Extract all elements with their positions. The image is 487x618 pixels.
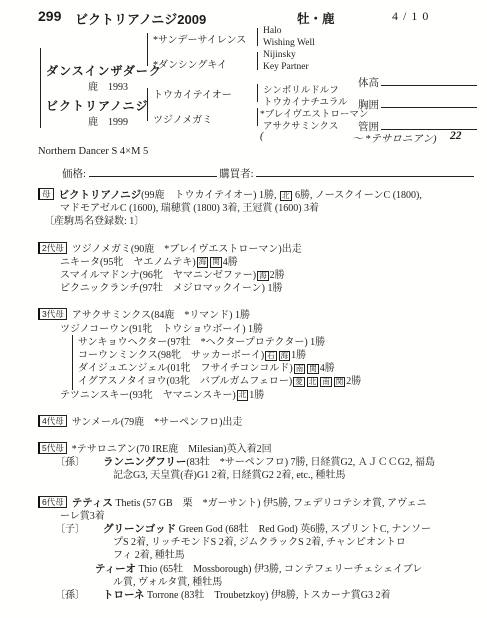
height-blank bbox=[381, 75, 477, 86]
region-box: 北 bbox=[280, 191, 292, 202]
region-box: 関 bbox=[334, 377, 346, 388]
generation-label: 2代母 bbox=[38, 242, 67, 254]
family-line-open: ( bbox=[260, 131, 264, 142]
record-text: (99鹿 トウカイテイオー) 1勝, bbox=[141, 190, 279, 201]
horse-name: ランニングフリー bbox=[103, 456, 186, 468]
record-text: スマイルマドンナ(96牝 ヤマニンゼファー) bbox=[60, 270, 256, 281]
record-line: ニキータ(95牝 ヤエノムテキ)海関4勝 bbox=[38, 256, 483, 269]
region-box: 海 bbox=[279, 351, 291, 362]
record-line: 記念G3, 天皇賞(春)G1 2着, 日経賞G2 2着, etc., 種牡馬 bbox=[38, 469, 483, 482]
record-text: ピクニックランチ(97牡 メジロマックイーン) 1勝 bbox=[60, 283, 282, 294]
record-block: 4代母サンメール(79鹿 *サーペンフロ)出走 bbox=[38, 415, 483, 429]
generation-label: 3代母 bbox=[38, 308, 67, 320]
record-line: 4代母サンメール(79鹿 *サーペンフロ)出走 bbox=[38, 415, 483, 429]
produce-records: 母ビクトリアノニジ(99鹿 トウカイテイオー) 1勝, 北 6勝, ノースクイー… bbox=[38, 188, 483, 602]
sex-coat: 牡・鹿 bbox=[297, 9, 335, 27]
record-text: 2勝 bbox=[270, 270, 285, 281]
record-line: ツジノコーウン(91牝 トウショウボーイ) 1勝 bbox=[38, 323, 483, 336]
record-block: 母ビクトリアノニジ(99鹿 トウカイテイオー) 1勝, 北 6勝, ノースクイー… bbox=[38, 188, 483, 229]
buyer-blank bbox=[256, 166, 474, 177]
price-label: 価格: bbox=[62, 169, 86, 180]
record-line: スマイルマドンナ(96牝 ヤマニンゼファー)海2勝 bbox=[38, 269, 483, 282]
ancestor-8: アサクサミンクス bbox=[263, 118, 338, 132]
ancestor-4: Key Partner bbox=[263, 62, 309, 72]
record-text: アサクサミンクス(84鹿 *リマンド) 1勝 bbox=[72, 310, 250, 321]
record-line: サンキョウヘクター(97牡 *ヘクタープロテクター) 1勝 bbox=[38, 336, 483, 349]
record-block: 6代母テティス Thetis (57 GB 栗 *ガーサント) 伊5勝, フェデ… bbox=[38, 496, 483, 603]
ancestor-2: Wishing Well bbox=[263, 38, 315, 48]
sale-row: 価格: 購買者: bbox=[62, 166, 474, 181]
pedigree-outer-bracket bbox=[40, 48, 41, 128]
relation-tag: 〔孫〕 bbox=[55, 457, 85, 468]
chest-label: 胸囲 bbox=[358, 99, 379, 111]
region-box: 海 bbox=[257, 271, 269, 282]
record-block: 3代母アサクサミンクス(84鹿 *リマンド) 1勝ツジノコーウン(91牝 トウシ… bbox=[38, 308, 483, 401]
record-text: 4勝 bbox=[320, 363, 335, 374]
record-text: 4勝 bbox=[223, 257, 238, 268]
horse-name: ビクトリアノニジ bbox=[59, 189, 142, 201]
record-line: 5代母*テサロニアン(70 IRE鹿 Milesian)英入着2回 bbox=[38, 442, 483, 456]
catalog-page: 299 ビクトリアノニジ2009 牡・鹿 4/10 ダンスインザダーク 鹿 19… bbox=[0, 0, 487, 618]
record-text: Thio (65牡 Mossborough) 伊3勝, コンテフェリーチェシェイ… bbox=[136, 564, 422, 575]
generation-label: 6代母 bbox=[38, 496, 67, 508]
region-box: 関 bbox=[307, 364, 319, 375]
lot-number: 299 bbox=[38, 8, 61, 24]
record-text: マドモアゼルC (1600), 瑞穂賞 (1800) 3着, 王冠賞 (1600… bbox=[60, 203, 319, 214]
record-line: ピクニックランチ(97牡 メジロマックイーン) 1勝 bbox=[38, 282, 483, 295]
region-box: 愛 bbox=[293, 377, 305, 388]
record-line: 6代母テティス Thetis (57 GB 栗 *ガーサント) 伊5勝, フェデ… bbox=[38, 496, 483, 510]
record-line: 2代母ツジノメガミ(90鹿 *ブレイヴエストローマン)出走 bbox=[38, 242, 483, 256]
dam-coat-year: 鹿 1999 bbox=[88, 113, 128, 128]
generation-label: 母 bbox=[38, 188, 54, 200]
region-box: 南 bbox=[294, 364, 306, 375]
record-line: コーウンミンクス(98牝 サッカーボーイ)石海1勝 bbox=[38, 349, 483, 362]
chest-blank bbox=[381, 97, 477, 108]
price-blank bbox=[89, 166, 217, 177]
record-text: *テサロニアン(70 IRE鹿 Milesian)英入着2回 bbox=[72, 444, 272, 455]
record-text: Green God (68牡 Red God) 英6勝, スプリントC, ナンソ… bbox=[176, 524, 431, 535]
record-line: 母ビクトリアノニジ(99鹿 トウカイテイオー) 1勝, 北 6勝, ノースクイー… bbox=[38, 188, 483, 202]
record-text: イグアスノタイヨウ(03牝 バブルガムフェロー) bbox=[78, 376, 292, 387]
region-box: 北 bbox=[307, 377, 319, 388]
inbreeding-note: Northern Dancer S 4×M 5 bbox=[38, 146, 148, 157]
record-text: (83牡 *サーペンフロ) 7勝, 日経賞G2, ＡＪＣＣG2, 福島 bbox=[186, 457, 435, 468]
dam-name: ビクトリアノニジ bbox=[46, 97, 148, 114]
record-text: ニキータ(95牝 ヤエノムテキ) bbox=[60, 257, 196, 268]
record-text: Torrone (83牡 Troubetzkoy) 伊8勝, トスカーナ賞G3 … bbox=[144, 590, 390, 601]
generation-label: 4代母 bbox=[38, 415, 67, 427]
record-line: プS 2着, リッチモンドS 2着, ジムクラックS 2着, チャンピオントロ bbox=[38, 536, 483, 549]
birth-date: 4/10 bbox=[392, 9, 433, 24]
record-line: マドモアゼルC (1600), 瑞穂賞 (1800) 3着, 王冠賞 (1600… bbox=[38, 202, 483, 215]
region-box: 海 bbox=[197, 257, 209, 268]
record-line: 〔孫〕ランニングフリー(83牡 *サーペンフロ) 7勝, 日経賞G2, ＡＪＣＣ… bbox=[38, 456, 483, 469]
family-number: 22 bbox=[450, 130, 462, 142]
page-title: ビクトリアノニジ2009 bbox=[75, 9, 206, 28]
record-line: 〔子〕グリーンゴッド Green God (68牡 Red God) 英6勝, … bbox=[38, 523, 483, 536]
record-text: 6勝, ノースクイーンC (1800), bbox=[293, 190, 422, 201]
record-text: サンキョウヘクター(97牡 *ヘクタープロテクター) 1勝 bbox=[78, 337, 325, 348]
record-text: 2勝 bbox=[346, 376, 361, 387]
horse-name: トローネ bbox=[103, 589, 144, 601]
record-text: ツジノメガミ(90鹿 *ブレイヴエストローマン)出走 bbox=[72, 244, 302, 255]
chest-field: 胸囲 bbox=[358, 97, 477, 112]
record-text: テツニンスキー(93牝 ヤマニンスキー) bbox=[60, 390, 236, 401]
record-line: フィ 2着, 種牡馬 bbox=[38, 549, 483, 562]
record-text: ダイジュエンジェル(01牝 フサイチコンコルド) bbox=[78, 363, 293, 374]
ancestor-bracket-4 bbox=[257, 108, 258, 126]
generation-label: 5代母 bbox=[38, 442, 67, 454]
ancestor-bracket-3 bbox=[257, 84, 258, 102]
cannon-blank bbox=[381, 119, 477, 130]
sire-coat-year: 鹿 1993 bbox=[88, 78, 128, 93]
height-label: 体高 bbox=[358, 77, 379, 89]
family-line: ～ *テサロニアン) bbox=[352, 131, 436, 146]
record-text: ツジノコーウン(91牝 トウショウボーイ) 1勝 bbox=[60, 324, 263, 335]
record-text: プS 2着, リッチモンドS 2着, ジムクラックS 2着, チャンピオントロ bbox=[113, 537, 406, 548]
record-line: 〔孫〕トローネ Torrone (83牡 Troubetzkoy) 伊8勝, ト… bbox=[38, 589, 483, 602]
record-line: ダイジュエンジェル(01牝 フサイチコンコルド)南関4勝 bbox=[38, 362, 483, 375]
record-text: 〔産駒馬名登録数: 1〕 bbox=[44, 216, 144, 227]
record-text: 1勝 bbox=[291, 350, 306, 361]
record-text: 記念G3, 天皇賞(春)G1 2着, 日経賞G2 2着, etc., 種牡馬 bbox=[113, 470, 345, 481]
record-text: サンメール(79鹿 *サーペンフロ)出走 bbox=[72, 417, 243, 428]
ancestor-bracket-1 bbox=[257, 28, 258, 46]
record-line: イグアスノタイヨウ(03牝 バブルガムフェロー)愛北南関2勝 bbox=[38, 375, 483, 388]
ancestor-bracket-2 bbox=[257, 52, 258, 70]
sire-name: ダンスインザダーク bbox=[46, 62, 162, 79]
buyer-label: 購買者: bbox=[219, 169, 253, 180]
relation-tag: 〔子〕 bbox=[55, 524, 85, 535]
horse-name: グリーンゴッド bbox=[103, 523, 176, 535]
record-text: 1勝 bbox=[249, 390, 264, 401]
record-block: 5代母*テサロニアン(70 IRE鹿 Milesian)英入着2回〔孫〕ランニン… bbox=[38, 442, 483, 483]
record-line: テツニンスキー(93牝 ヤマニンスキー)北1勝 bbox=[38, 389, 483, 402]
dam-sire: トウカイテイオー bbox=[153, 86, 232, 101]
relation-tag: 〔孫〕 bbox=[55, 590, 85, 601]
record-line: ーレ賞3着 bbox=[38, 510, 483, 523]
record-text: ル賞, ヴォルタ賞, 種牡馬 bbox=[113, 577, 222, 588]
record-line: 3代母アサクサミンクス(84鹿 *リマンド) 1勝 bbox=[38, 308, 483, 322]
region-box: 関 bbox=[210, 257, 222, 268]
region-box: 石 bbox=[265, 351, 277, 362]
region-box: 北 bbox=[237, 390, 249, 401]
record-text: ーレ賞3着 bbox=[60, 511, 105, 522]
ancestor-1: Halo bbox=[263, 26, 281, 36]
record-block: 2代母ツジノメガミ(90鹿 *ブレイヴエストローマン)出走ニキータ(95牝 ヤエ… bbox=[38, 242, 483, 296]
record-line: ティーオ Thio (65牡 Mossborough) 伊3勝, コンテフェリー… bbox=[38, 563, 483, 576]
ancestor-3: Nijinsky bbox=[263, 50, 296, 60]
sire-sire: *サンデーサイレンス bbox=[153, 31, 246, 46]
record-line: 〔産駒馬名登録数: 1〕 bbox=[38, 215, 483, 228]
horse-name: テティス bbox=[72, 497, 113, 509]
record-text: Thetis (57 GB 栗 *ガーサント) 伊5勝, フェデリコテシオ賞, … bbox=[113, 498, 427, 509]
horse-name: ティーオ bbox=[95, 563, 136, 575]
sire-dam: *ダンシングキイ bbox=[153, 56, 227, 71]
record-text: フィ 2着, 種牡馬 bbox=[113, 550, 185, 561]
record-line: ル賞, ヴォルタ賞, 種牡馬 bbox=[38, 576, 483, 589]
height-field: 体高 bbox=[358, 75, 477, 90]
record-text: コーウンミンクス(98牝 サッカーボーイ) bbox=[78, 350, 264, 361]
dam-dam: ツジノメガミ bbox=[153, 111, 212, 126]
region-box: 南 bbox=[320, 377, 332, 388]
